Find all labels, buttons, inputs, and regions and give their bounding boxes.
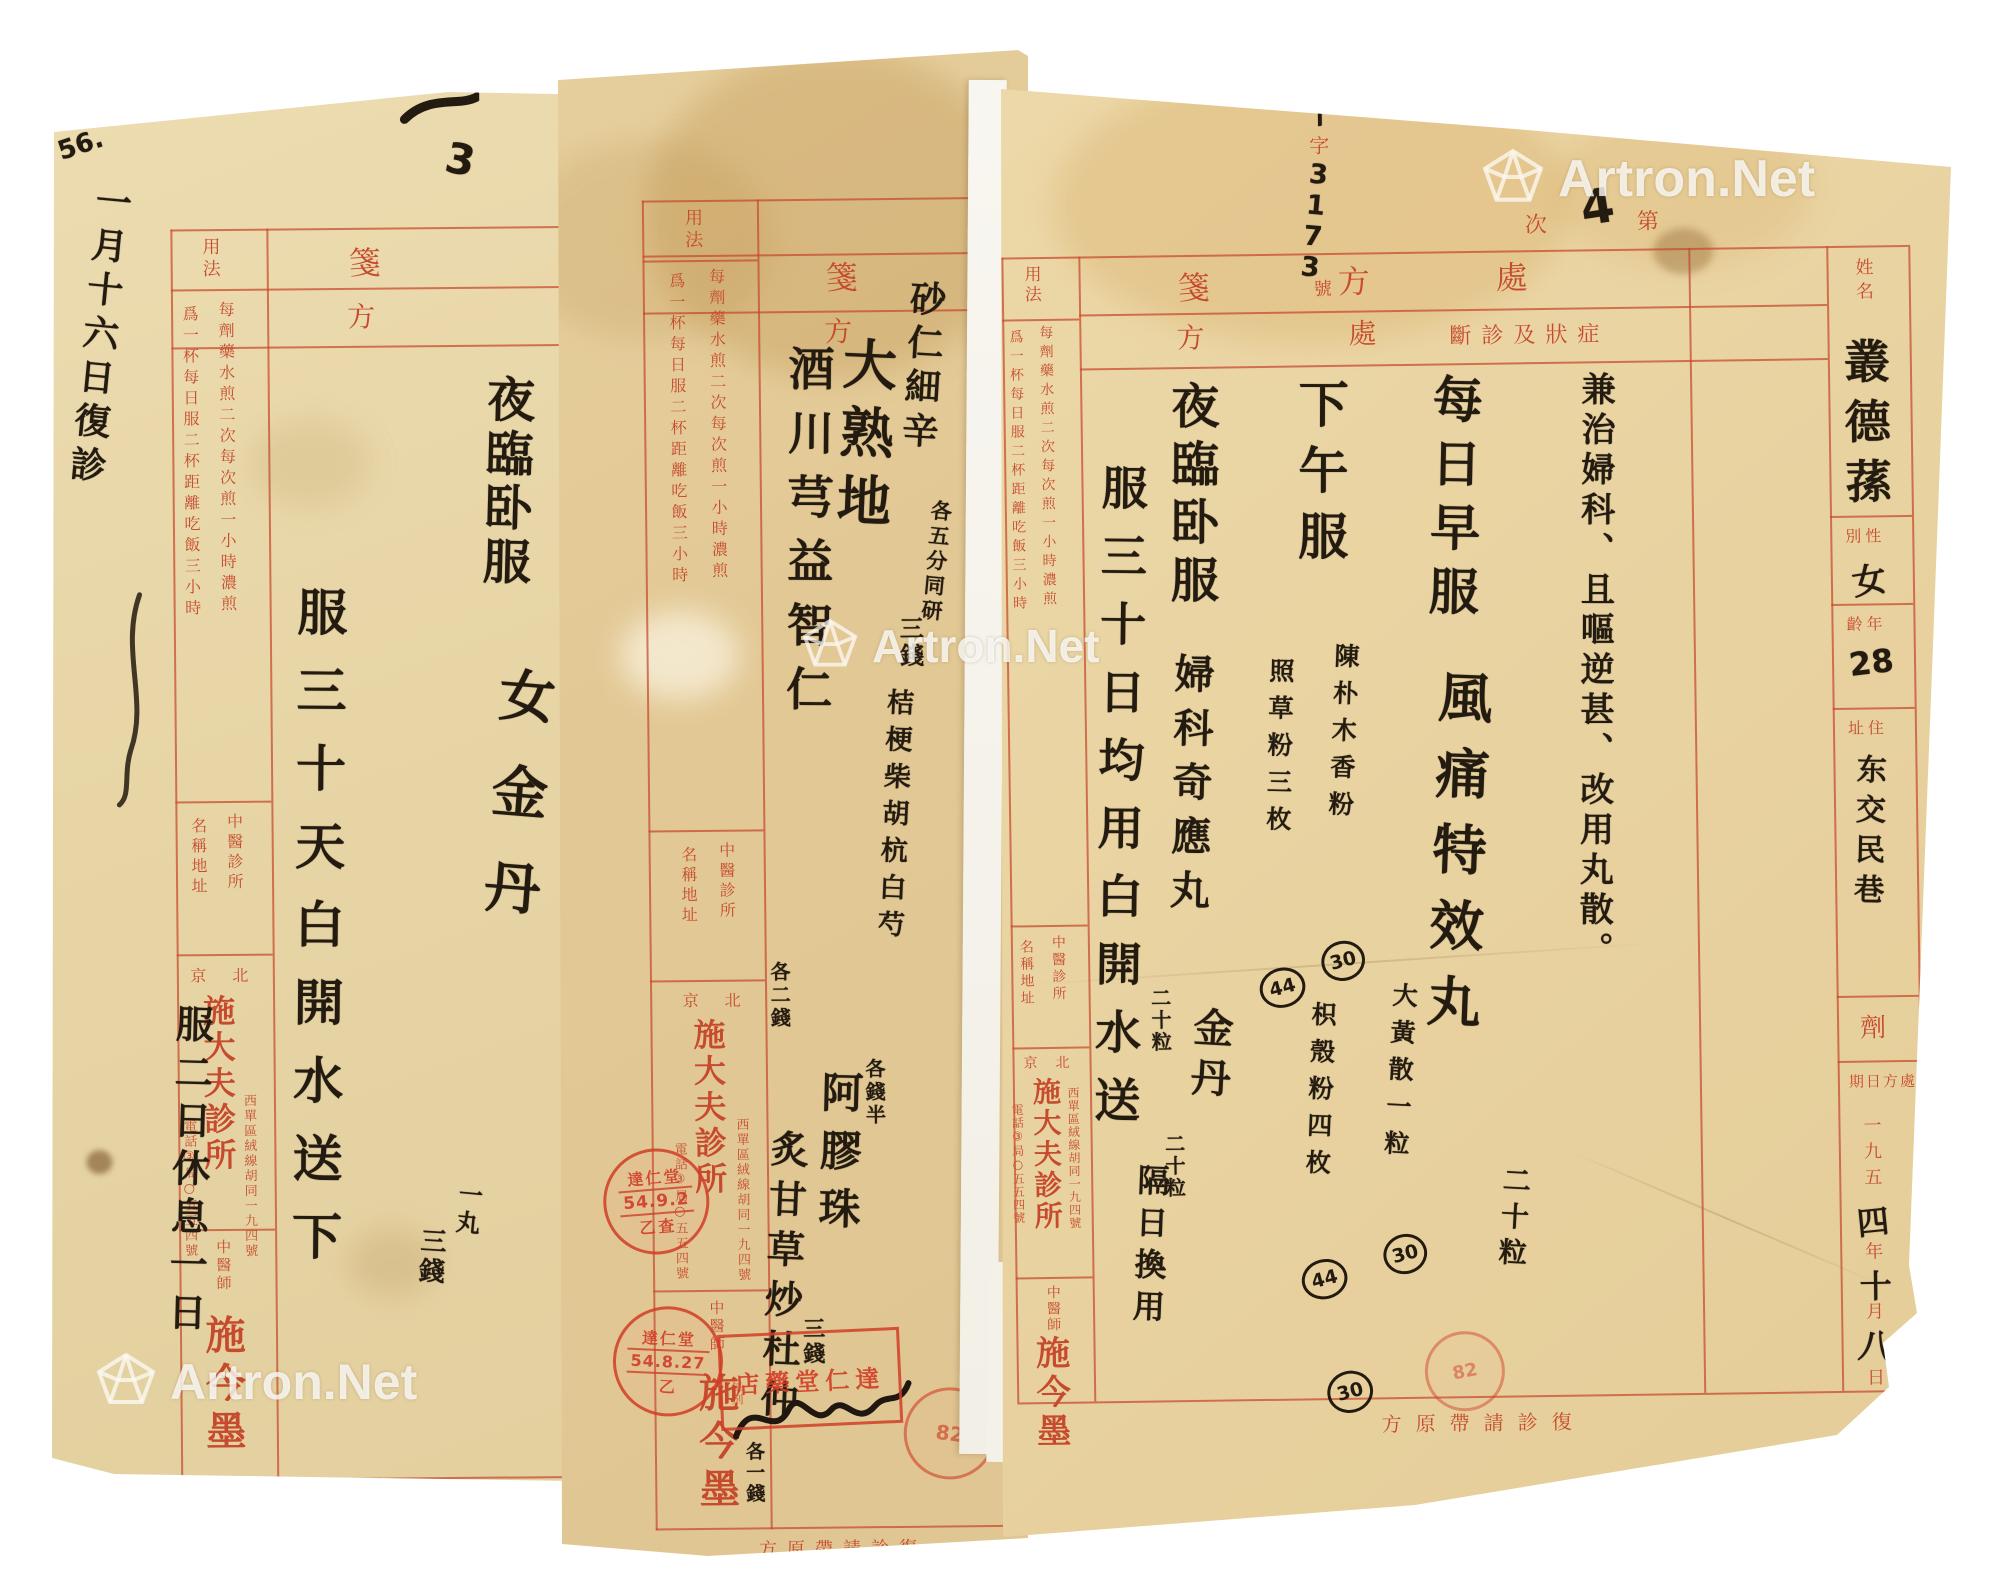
usage-label: 用法 xyxy=(683,208,701,252)
rx-column-dashudi: 大熟地 xyxy=(831,335,893,541)
stamp-shop-name: 達仁堂 xyxy=(642,1325,697,1350)
stamp-check-mark: 乙查 xyxy=(638,1213,678,1239)
form-header-char-jian: 箋 xyxy=(346,246,378,278)
form-line xyxy=(1002,318,1079,321)
form-line xyxy=(1837,995,1919,998)
artron-watermark-top-right: Artron.Net xyxy=(1482,148,1815,210)
margin-note-year: 56. xyxy=(54,124,107,167)
artron-watermark-text: Artron.Net xyxy=(872,619,1099,673)
form-line xyxy=(656,1524,1039,1530)
artron-watermark-text: Artron.Net xyxy=(170,1353,417,1411)
stamp-pharmacy-sub: 每剂 xyxy=(730,1381,743,1406)
rx-subnote-jiegeng: 各錢半 xyxy=(864,1058,885,1127)
footer-note: 復診請帶原方 xyxy=(759,1534,927,1562)
circled-number: 30 xyxy=(1335,1378,1366,1406)
rx-column-ejiao: 阿膠珠 xyxy=(815,1070,861,1245)
clinic-type-label: 中醫診所 xyxy=(225,813,242,893)
form-subheader-char-chu: 處 xyxy=(1346,318,1374,346)
sheet-right-content: 十 字 3173 號 第 4 次 處 方 箋 xyxy=(991,74,1971,1547)
form-line xyxy=(175,801,271,803)
rx2-circled-count-3: 30 xyxy=(1379,1229,1432,1279)
diagnosis-column-label: 症狀及診斷 xyxy=(1449,317,1609,350)
margin-note-rest: 服二日休息一日 xyxy=(164,1004,211,1341)
city-char-jing: 京 xyxy=(189,967,205,983)
rx2-item3: 大黃散一粒 xyxy=(1382,982,1417,1168)
usage-instruction-line2: 爲一杯每日服二杯距離吃飯三小時 xyxy=(668,272,687,587)
city-char-bei: 北 xyxy=(231,967,247,983)
form-line xyxy=(653,1289,768,1292)
form-line xyxy=(650,979,765,982)
patient-sex-value: 女 xyxy=(1848,551,1889,605)
clinic-name-address-label: 名稱地址 xyxy=(1019,939,1034,1007)
rx3-fuke-pill: 婦科奇應丸 xyxy=(1166,653,1212,924)
usage-label: 用法 xyxy=(200,237,218,281)
rx-note-sharen: 各五分同研 xyxy=(919,499,952,625)
footer-note: 復診請帶原方 xyxy=(1381,1406,1585,1438)
prescription-sheet-middle: 箋 方 用法 每劑藥水煎二次每次煎一小時濃煎 爲一杯每日服二杯距離吃飯三小時 中… xyxy=(558,50,1028,1562)
rx1-morning-dose: 每日早服 xyxy=(1424,373,1479,630)
rx-column-sharen: 砂仁細辛 xyxy=(897,279,943,457)
form-header-char-fang: 方 xyxy=(1335,264,1367,296)
rx-subcolumn-jiegeng: 桔梗柴胡杭白芍 xyxy=(874,688,912,948)
serial-partial-digit: 3 xyxy=(441,133,479,187)
artron-watermark-text: Artron.Net xyxy=(1558,149,1815,209)
form-subheader-char-fang: 方 xyxy=(345,302,373,330)
stamp-number: 82 xyxy=(1451,1359,1480,1384)
artron-diamond-icon xyxy=(1482,148,1544,210)
stamp-check-mark: 乙 xyxy=(658,1374,675,1398)
physician-label: 中醫師 xyxy=(215,1239,230,1293)
rx4-water-instruction: 服三十日均用白開水送 xyxy=(1091,464,1145,1145)
patient-address-value: 东交民巷 xyxy=(1850,753,1883,914)
usage-instruction-line1: 每劑藥水煎二次每次煎一小時濃煎 xyxy=(708,268,727,583)
patient-name-value: 叢德蓀 xyxy=(1841,337,1890,518)
stamp-date: 54.9.2 xyxy=(618,1186,694,1218)
form-header-char-chu: 處 xyxy=(1493,260,1525,292)
rx3-alternate-days: 隔日換用 xyxy=(1130,1163,1168,1332)
stamp-date: 54.8.27 xyxy=(626,1347,710,1375)
rx-column-night-dose: 夜臨卧服 xyxy=(478,374,532,591)
rx3-count-note: 二十粒 xyxy=(1150,987,1171,1053)
rx-note-pill: 一丸 xyxy=(452,1181,481,1239)
rx3-night-dose: 夜臨卧服 xyxy=(1166,381,1215,613)
date-printed-prefix: 一九五 xyxy=(1861,1115,1880,1193)
rx2-circled-count-4: 44 xyxy=(1297,1254,1352,1304)
circled-number: 30 xyxy=(1390,1240,1421,1268)
city-char-bei: 北 xyxy=(723,992,739,1008)
rx2-item2: 照草粉三枚 xyxy=(1264,658,1293,843)
form-line xyxy=(1016,1276,1093,1279)
patient-name-label: 姓名 xyxy=(1853,257,1872,305)
serial-label-zi: 字 xyxy=(1308,135,1328,155)
clinic-address: 西單區絨線胡同一九四號 xyxy=(242,1094,256,1259)
artron-diamond-icon xyxy=(802,618,858,674)
prescription-date-label: 處方日期 xyxy=(1847,1070,1917,1092)
rx1-fengtong-pill: 風痛特效丸 xyxy=(1420,668,1489,1050)
form-subheader-char-fang: 方 xyxy=(1174,323,1202,351)
physician-label: 中醫師 xyxy=(1046,1285,1061,1333)
usage-label: 用法 xyxy=(1021,265,1039,305)
rx2-afternoon-dose: 下午服 xyxy=(1294,378,1345,576)
handwriting-flourish-stroke xyxy=(99,590,161,811)
city-char-bei: 北 xyxy=(1054,1055,1068,1069)
form-line xyxy=(1833,707,1915,710)
dose-label: 劑 xyxy=(1860,1007,1887,1044)
paper-crease xyxy=(1561,1147,1893,1291)
usage-instruction-line1: 每劑藥水煎二次每次煎一小時濃煎 xyxy=(1038,325,1056,610)
clinic-name-address-label: 名稱地址 xyxy=(680,846,697,926)
clinic-address: 西單區絨線胡同一九四號 xyxy=(734,1118,749,1283)
clinic-type-label: 中醫診所 xyxy=(1051,935,1066,1003)
rx-note-dose: 三錢 xyxy=(416,1226,446,1287)
date-printed-year: 年 xyxy=(1865,1237,1883,1263)
form-header-char-jian: 箋 xyxy=(1176,271,1208,303)
footer-note: 復診請帶原方 xyxy=(339,1485,507,1512)
usage-instruction-line2: 爲一杯每日服二杯距離吃飯三小時 xyxy=(181,305,200,620)
rx-column-thirty-days: 服三十天白開水送下 xyxy=(287,586,343,1288)
photo-canvas: 箋 方 用法 每劑藥水煎二次每次煎一小時濃煎 爲一杯每日服二杯距離吃飯三小時 中… xyxy=(0,0,2000,1569)
rx3-jindan: 金丹 xyxy=(1186,1006,1232,1108)
usage-instruction-line2: 爲一杯每日服二杯距離吃飯三小時 xyxy=(1008,329,1026,614)
form-line xyxy=(1080,358,1828,370)
darentang-pharmacy-rect-stamp: 達仁堂藥店 每剂 xyxy=(717,1327,903,1431)
paper-stain xyxy=(1653,228,1714,275)
form-line xyxy=(648,829,763,832)
margin-note-followup: 一月十六日復診 xyxy=(65,181,130,491)
prescription-sheet-right: 十 字 3173 號 第 4 次 處 方 箋 xyxy=(995,85,1955,1545)
form-header-char-jian: 箋 xyxy=(823,260,855,292)
rx-note-chuanxiong: 各二錢 xyxy=(769,961,790,1030)
clinic-name: 施大夫診所 xyxy=(1031,1077,1061,1232)
form-line xyxy=(1011,924,1088,927)
rx2-item4: 枳殼粉四枚 xyxy=(1303,1001,1335,1187)
serial-partial-stroke xyxy=(399,89,479,130)
stamp-pharmacy-name: 達仁堂藥店 xyxy=(734,1358,885,1400)
date-printed-day: 日 xyxy=(1867,1363,1885,1389)
clinic-type-label: 中醫診所 xyxy=(718,842,735,922)
patient-age-label: 年齡 xyxy=(1846,611,1886,635)
partial-check-stamp: 82 xyxy=(1418,1324,1512,1418)
circled-number: 44 xyxy=(1309,1265,1340,1293)
usage-instruction-line1: 每劑藥水煎二次每次煎一小時濃煎 xyxy=(217,301,236,616)
artron-watermark-bottom-left: Artron.Net xyxy=(96,1352,417,1412)
visit-label-ci: 次 xyxy=(1525,208,1547,239)
patient-sex-label: 性別 xyxy=(1845,523,1885,547)
artron-watermark-middle: Artron.Net xyxy=(802,618,1099,674)
form-line xyxy=(266,229,278,1481)
rx2-item1: 陳朴木香粉 xyxy=(1326,642,1358,828)
circled-number: 44 xyxy=(1267,974,1298,1002)
patient-address-label: 住址 xyxy=(1848,715,1888,739)
physician-name: 施今墨 xyxy=(1032,1335,1068,1452)
paper-stain xyxy=(619,610,740,701)
form-line xyxy=(177,954,273,956)
circled-number: 30 xyxy=(1328,947,1359,975)
city-char-jing: 京 xyxy=(681,992,697,1008)
rx-column-nvjindan: 女金丹 xyxy=(474,665,552,957)
paper-stain xyxy=(86,1150,112,1174)
serial-hand-prefix: 十 xyxy=(1297,89,1336,128)
form-line xyxy=(1688,248,1705,1393)
form-line xyxy=(1908,245,1926,1390)
date-hand-day: 八 xyxy=(1856,1318,1894,1370)
rx2-circled-count-1: 30 xyxy=(1317,936,1370,986)
diagnosis-handwriting: 兼治婦科、且嘔逆甚、改用丸散。 xyxy=(1576,371,1612,971)
form-line xyxy=(1838,1060,1920,1063)
form-line xyxy=(1831,603,1913,606)
rx1-count-note: 二十粒 xyxy=(1496,1165,1530,1274)
artron-diamond-icon xyxy=(96,1352,156,1412)
clinic-phone: 電話③局○五五四號 xyxy=(1011,1103,1025,1224)
footer-circled-count: 30 xyxy=(1323,1366,1378,1418)
clinic-address: 西單區絨線胡同一九四號 xyxy=(1067,1087,1081,1230)
serial-label-hao: 號 xyxy=(1312,279,1330,297)
city-char-jing: 京 xyxy=(1022,1055,1036,1069)
patient-age-value: 28 xyxy=(1847,641,1896,684)
clinic-name-address-label: 名稱地址 xyxy=(189,817,206,897)
form-line xyxy=(1012,1046,1089,1049)
